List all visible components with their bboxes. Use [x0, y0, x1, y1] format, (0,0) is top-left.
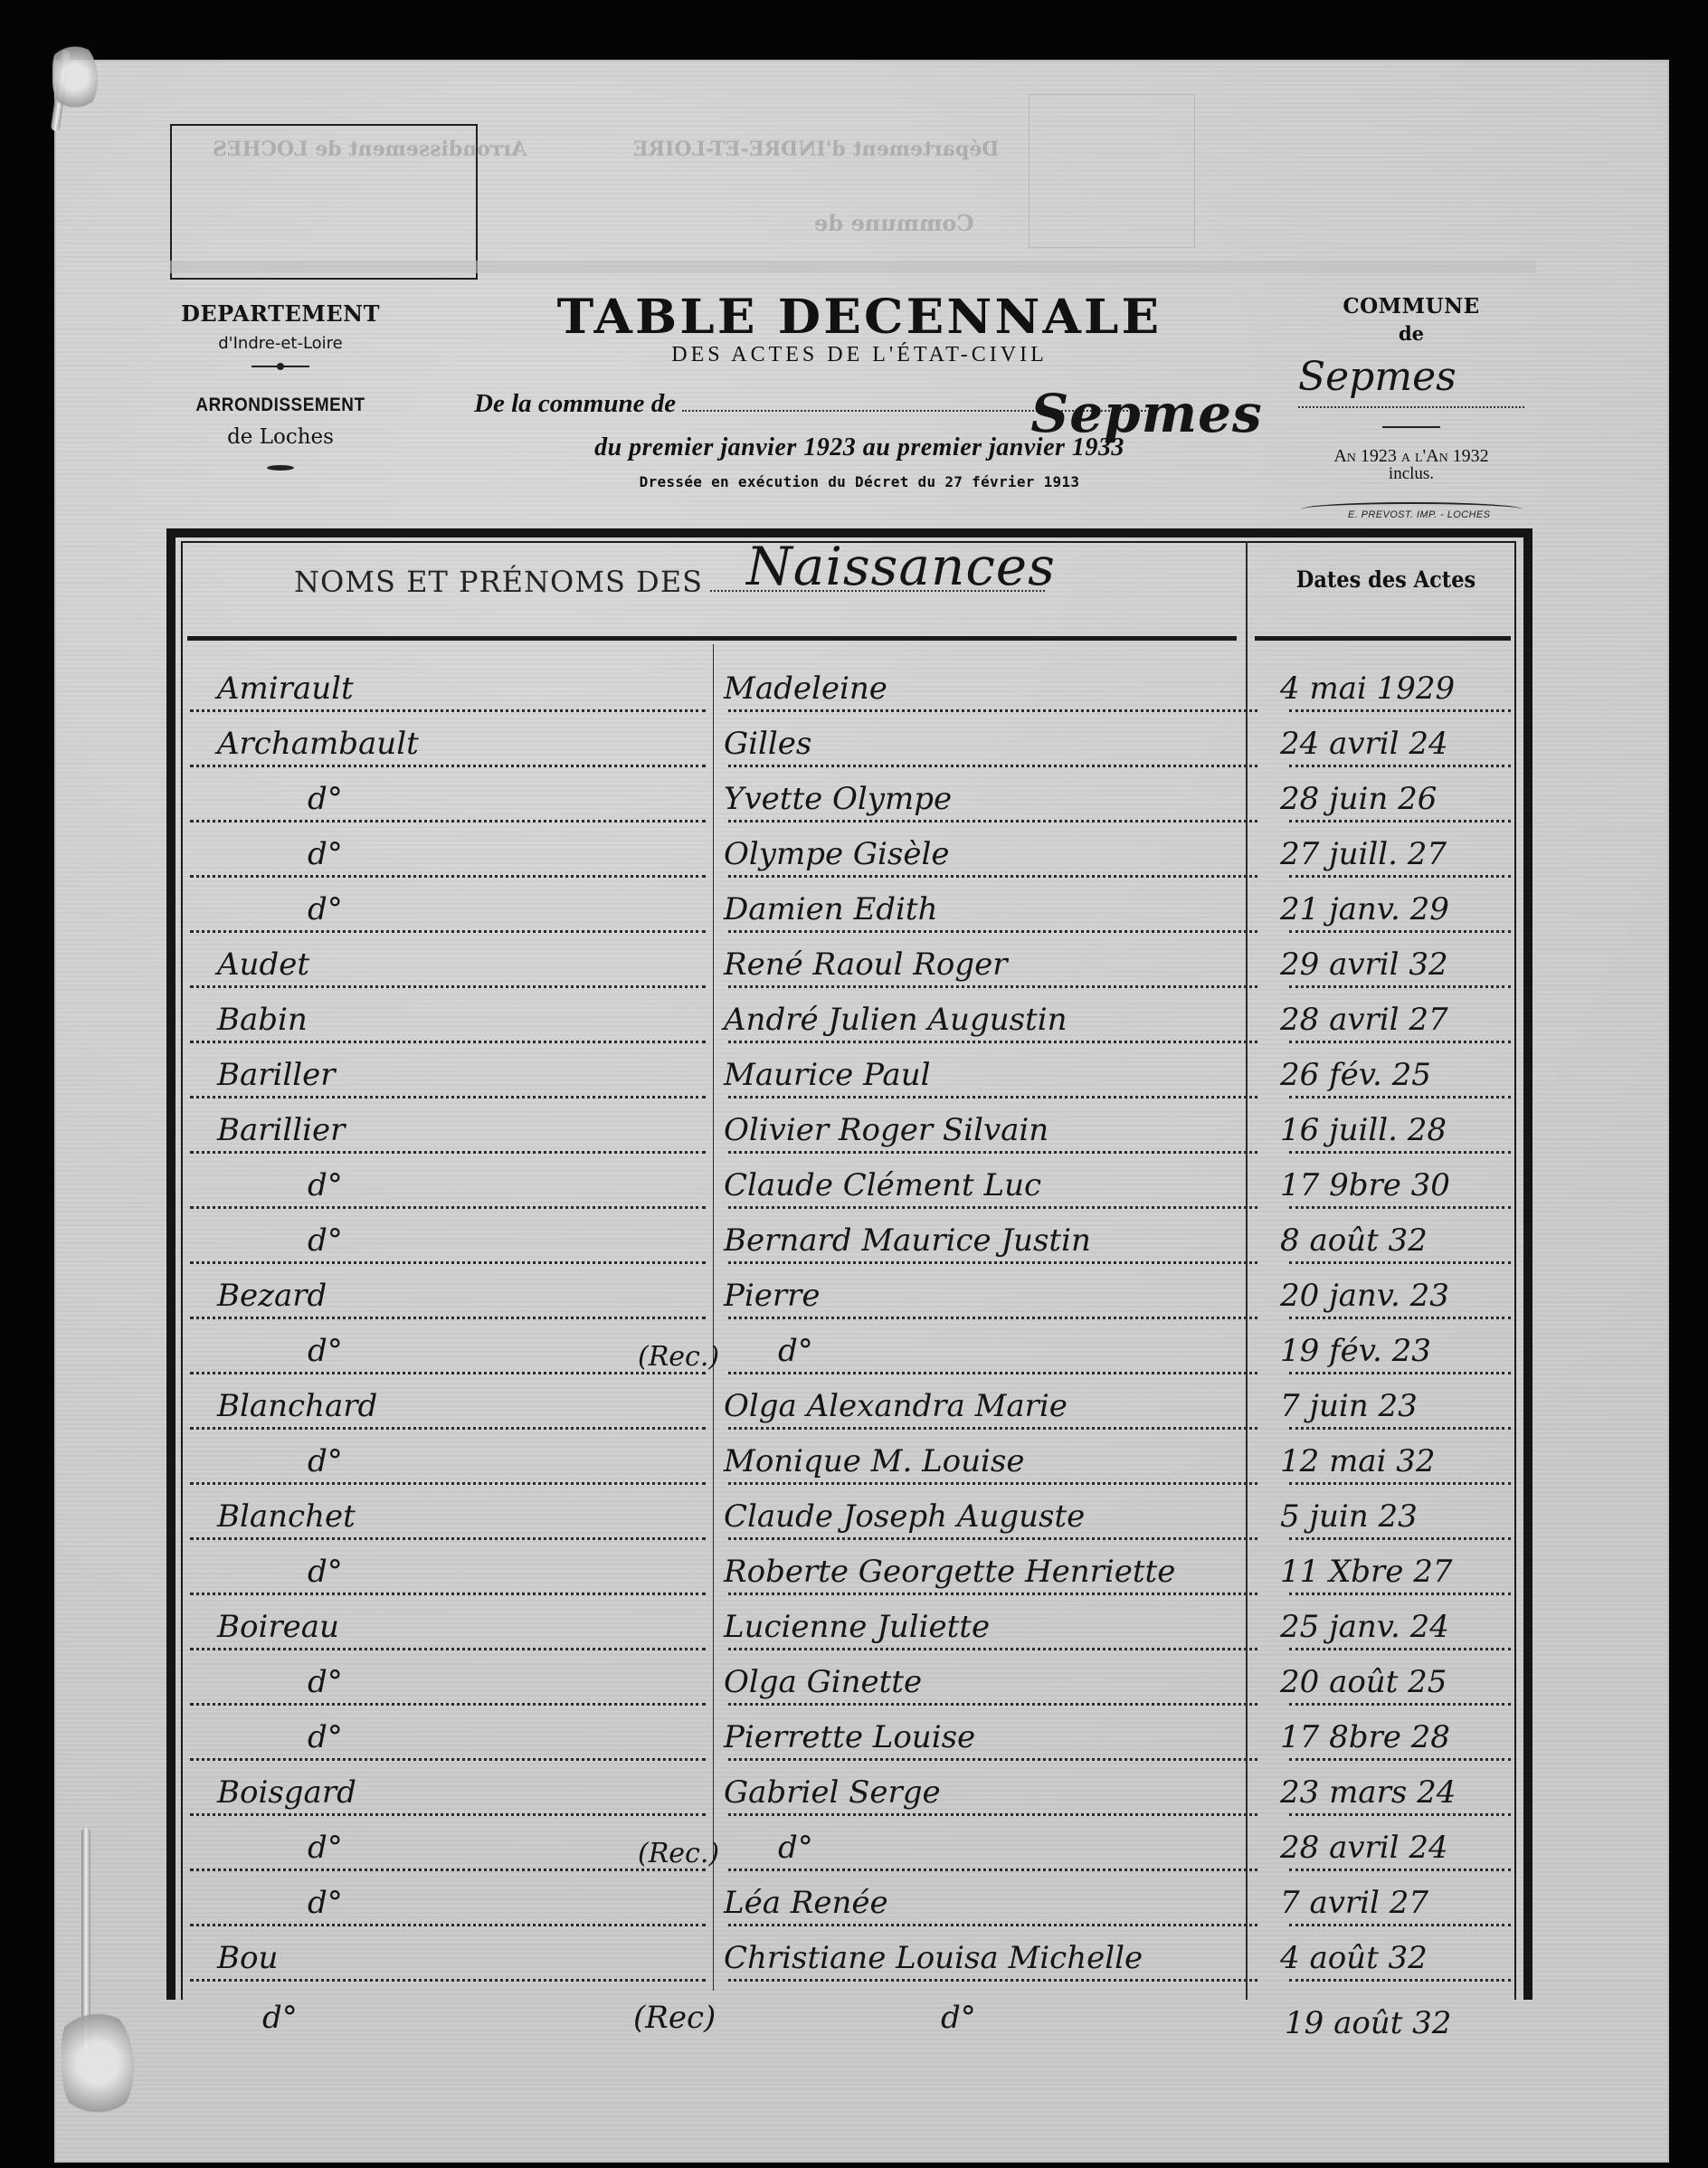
given-names-cell: Gabriel Serge — [724, 1774, 1248, 1811]
date-cell: 5 juin 23 — [1280, 1498, 1506, 1535]
commune-label: COMMUNE — [1294, 294, 1529, 319]
header-prefix: NOMS ET PRÉNOMS DES — [294, 565, 703, 599]
mirror-departement-text: Département d'INDRE-ET-LOIRE — [633, 138, 999, 161]
date-cell: 20 août 25 — [1280, 1664, 1506, 1700]
table-row: d°(Rec.)d°19 fév. 23 — [181, 1319, 1516, 1374]
date-cell: 11 Xbre 27 — [1280, 1554, 1506, 1590]
commune-field-right: Sepmes — [1298, 350, 1524, 408]
date-cell: 17 8bre 28 — [1280, 1719, 1506, 1755]
given-names-cell: Damien Edith — [724, 891, 1248, 927]
mirror-commune-text: Commune de — [814, 210, 973, 236]
note-cell: (Rec.) — [638, 1838, 719, 1869]
surname-cell: d° — [308, 836, 796, 872]
register-type-field: Naissances — [710, 561, 1045, 592]
surname-cell: d° — [308, 1222, 796, 1259]
table-row: ArchambaultGilles24 avril 24 — [181, 712, 1516, 767]
table-row: d°Olympe Gisèle27 juill. 27 — [181, 823, 1516, 878]
trailing-surname: d° — [262, 2000, 298, 2036]
header-rule-dates — [1255, 636, 1511, 641]
ornament-divider-icon — [1382, 426, 1440, 428]
table-header-dates: Dates des Actes — [1272, 566, 1500, 593]
surname-cell: Bezard — [217, 1278, 706, 1314]
surname-cell: d° — [308, 891, 796, 927]
given-names-cell: Olga Alexandra Marie — [724, 1388, 1248, 1424]
given-names-cell: Olivier Roger Silvain — [724, 1112, 1248, 1148]
register-type-handwritten: Naissances — [746, 536, 1056, 597]
surname-cell: d° — [308, 1664, 796, 1700]
given-names-cell: Yvette Olympe — [724, 781, 1248, 817]
given-names-cell: Bernard Maurice Justin — [724, 1222, 1248, 1259]
table-row: BouChristiane Louisa Michelle4 août 32 — [181, 1926, 1516, 1982]
trailing-note: (Rec) — [633, 2000, 716, 2036]
page-subtitle: DES ACTES DE L'ÉTAT-CIVIL — [452, 343, 1267, 367]
surname-cell: Bou — [217, 1940, 706, 1976]
ghost-bar — [170, 261, 1536, 273]
date-cell: 8 août 32 — [1280, 1222, 1506, 1259]
surname-cell: Boireau — [217, 1609, 706, 1645]
table-row: d°Pierrette Louise17 8bre 28 — [181, 1706, 1516, 1761]
table-row: d°Léa Renée7 avril 27 — [181, 1871, 1516, 1926]
commune-handwritten: Sepmes — [1030, 383, 1262, 444]
date-cell: 23 mars 24 — [1280, 1774, 1506, 1811]
surname-cell: Amirault — [217, 670, 706, 707]
date-cell: 21 janv. 29 — [1280, 891, 1506, 927]
date-cell: 28 avril 24 — [1280, 1830, 1506, 1866]
given-names-cell: Claude Clément Luc — [724, 1167, 1248, 1203]
surname-cell: d° — [308, 1719, 796, 1755]
table-row: BarillerMaurice Paul26 fév. 25 — [181, 1043, 1516, 1098]
trailing-given: d° — [941, 2000, 976, 2036]
table-row: BarillierOlivier Roger Silvain16 juill. … — [181, 1098, 1516, 1154]
note-cell: (Rec.) — [638, 1341, 719, 1373]
dotted-rule — [1289, 1979, 1511, 1982]
table-row: d°Damien Edith21 janv. 29 — [181, 878, 1516, 933]
given-names-cell: Roberte Georgette Henriette — [724, 1554, 1248, 1590]
given-names-cell: Claude Joseph Auguste — [724, 1498, 1248, 1535]
arrondissement-label: ARRONDISSEMENT — [175, 395, 386, 416]
commune-field: Sepmes — [682, 410, 1153, 412]
printer-credit: E. PREVOST. IMP. - LOCHES — [1348, 509, 1490, 520]
date-cell: 20 janv. 23 — [1280, 1278, 1506, 1314]
dotted-rule — [190, 1979, 706, 1982]
binding-tassel-top — [52, 41, 98, 113]
commune-handwritten-right: Sepmes — [1298, 354, 1457, 400]
date-cell: 24 avril 24 — [1280, 726, 1506, 762]
given-names-cell: Monique M. Louise — [724, 1443, 1248, 1479]
date-cell: 25 janv. 24 — [1280, 1609, 1506, 1645]
department-label: DEPARTEMENT — [163, 300, 398, 327]
table-row: d°Monique M. Louise12 mai 32 — [181, 1430, 1516, 1485]
table-row: AmiraultMadeleine4 mai 1929 — [181, 657, 1516, 712]
surname-cell: d° — [308, 1443, 796, 1479]
department-block: DEPARTEMENT d'Indre-et-Loire ARRONDISSEM… — [163, 299, 398, 471]
table-row: AudetRené Raoul Roger29 avril 32 — [181, 933, 1516, 988]
table-row: BlanchetClaude Joseph Auguste5 juin 23 — [181, 1485, 1516, 1540]
surname-cell: Bariller — [217, 1057, 706, 1093]
date-cell: 27 juill. 27 — [1280, 836, 1506, 872]
date-cell: 19 fév. 23 — [1280, 1333, 1506, 1369]
surname-cell: d° — [308, 781, 796, 817]
surname-cell: Barillier — [217, 1112, 706, 1148]
surname-cell: Blanchard — [217, 1388, 706, 1424]
table-row: d°Claude Clément Luc17 9bre 30 — [181, 1154, 1516, 1209]
table-row: d°Bernard Maurice Justin8 août 32 — [181, 1209, 1516, 1264]
mirror-arrondissement-text: Arrondissement de LOCHES — [213, 138, 527, 161]
decree-text: Dressée en exécution du Décret du 27 fév… — [452, 473, 1267, 490]
table-row: d°Roberte Georgette Henriette11 Xbre 27 — [181, 1540, 1516, 1595]
title-block: TABLE DECENNALE DES ACTES DE L'ÉTAT-CIVI… — [452, 290, 1267, 490]
table-row: d°Olga Ginette20 août 25 — [181, 1650, 1516, 1706]
surname-cell: Blanchet — [217, 1498, 706, 1535]
given-names-cell: René Raoul Roger — [724, 946, 1248, 983]
given-names-cell: Pierrette Louise — [724, 1719, 1248, 1755]
table-header-names: NOMS ET PRÉNOMS DESNaissances — [294, 561, 1045, 599]
table-row: d°Yvette Olympe28 juin 26 — [181, 767, 1516, 823]
surname-cell: Babin — [217, 1002, 706, 1038]
date-cell: 7 avril 27 — [1280, 1885, 1506, 1921]
table-row: BezardPierre20 janv. 23 — [181, 1264, 1516, 1319]
trailing-date: 19 août 32 — [1285, 2005, 1451, 2041]
date-cell: 16 juill. 28 — [1280, 1112, 1506, 1148]
surname-cell: Boisgard — [217, 1774, 706, 1811]
surname-cell: Audet — [217, 946, 706, 983]
surname-cell: d° — [308, 1554, 796, 1590]
given-names-cell: Lucienne Juliette — [724, 1609, 1248, 1645]
given-names-cell: d° — [778, 1830, 1303, 1866]
department-name: d'Indre-et-Loire — [163, 334, 398, 353]
dotted-rule — [728, 1979, 1257, 1982]
surname-cell: Archambault — [217, 726, 706, 762]
table-row: d°(Rec.)d°28 avril 24 — [181, 1816, 1516, 1871]
date-cell: 28 avril 27 — [1280, 1002, 1506, 1038]
date-cell: 4 août 32 — [1280, 1940, 1506, 1976]
page-title: TABLE DECENNALE — [432, 290, 1287, 345]
given-names-cell: Christiane Louisa Michelle — [724, 1940, 1248, 1976]
ornament-icon — [267, 465, 294, 471]
commune-line: De la commune de Sepmes — [452, 389, 1267, 419]
date-cell: 17 9bre 30 — [1280, 1167, 1506, 1203]
surname-cell: d° — [308, 1830, 796, 1866]
surname-cell: d° — [308, 1167, 796, 1203]
commune-block: COMMUNE de Sepmes An 1923 a l'An 1932 in… — [1294, 294, 1529, 509]
inclusive-label: inclus. — [1294, 464, 1529, 484]
date-cell: 28 juin 26 — [1280, 781, 1506, 817]
given-names-cell: Madeleine — [724, 670, 1248, 707]
surname-cell: d° — [308, 1885, 796, 1921]
date-cell: 29 avril 32 — [1280, 946, 1506, 983]
date-cell: 12 mai 32 — [1280, 1443, 1506, 1479]
commune-de: de — [1294, 322, 1529, 345]
date-cell: 26 fév. 25 — [1280, 1057, 1506, 1093]
given-names-cell: Gilles — [724, 726, 1248, 762]
header-rule-names — [187, 636, 1237, 641]
given-names-cell: Maurice Paul — [724, 1057, 1248, 1093]
given-names-cell: Olga Ginette — [724, 1664, 1248, 1700]
table-row: BlanchardOlga Alexandra Marie7 juin 23 — [181, 1374, 1516, 1430]
table-row: BoireauLucienne Juliette25 janv. 24 — [181, 1595, 1516, 1650]
commune-prefix: De la commune de — [474, 389, 676, 418]
given-names-cell: André Julien Augustin — [724, 1002, 1248, 1038]
given-names-cell: Léa Renée — [724, 1885, 1248, 1921]
flourish-icon — [1301, 502, 1523, 509]
ornament-divider-icon — [251, 366, 309, 367]
arrondissement-name: de Loches — [163, 425, 398, 449]
date-cell: 4 mai 1929 — [1280, 670, 1506, 707]
given-names-cell: Pierre — [724, 1278, 1248, 1314]
table-row: BabinAndré Julien Augustin28 avril 27 — [181, 988, 1516, 1043]
table-row: BoisgardGabriel Serge23 mars 24 — [181, 1761, 1516, 1816]
date-cell: 7 juin 23 — [1280, 1388, 1506, 1424]
given-names-cell: Olympe Gisèle — [724, 836, 1248, 872]
surname-cell: d° — [308, 1333, 796, 1369]
given-names-cell: d° — [778, 1333, 1303, 1369]
ghost-box-right — [1029, 94, 1195, 248]
